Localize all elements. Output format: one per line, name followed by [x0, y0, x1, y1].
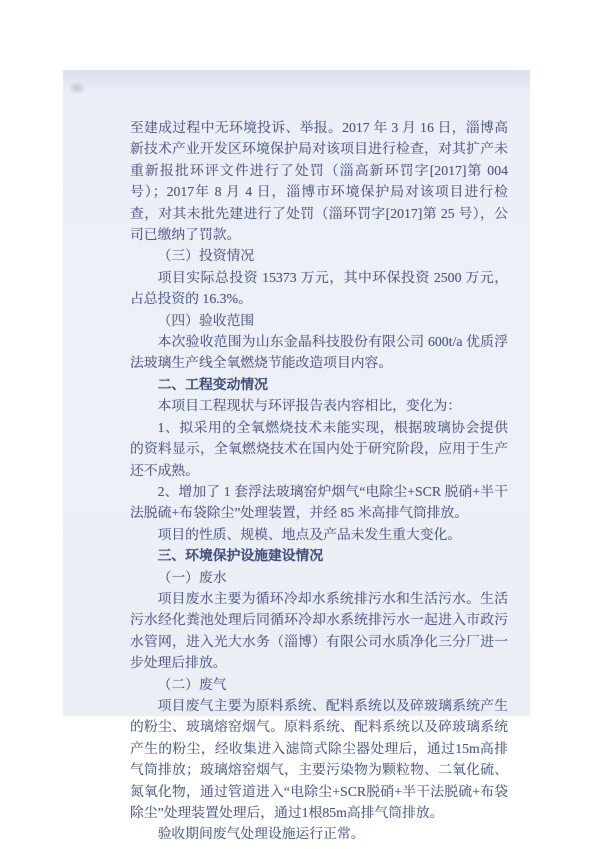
scan-shade-artifact — [63, 70, 530, 92]
paragraph: 项目废水主要为循环冷却水系统排污水和生活污水。生活污水经化粪池处理后同循环冷却水… — [130, 588, 508, 674]
scanned-page: 至建成过程中无环境投诉、举报。2017 年 3 月 16 日，淄博高新技术产业开… — [63, 70, 530, 716]
paragraph: （三）投资情况 — [130, 245, 508, 266]
document-text: 至建成过程中无环境投诉、举报。2017 年 3 月 16 日，淄博高新技术产业开… — [130, 117, 508, 845]
section-heading: 二、工程变动情况 — [130, 374, 508, 395]
scan-smudge-artifact — [69, 82, 85, 94]
paragraph: （四）验收范围 — [130, 310, 508, 331]
paragraph: 1、拟采用的全氧燃烧技术未能实现，根据玻璃协会提供的资料显示，全氧燃烧技术在国内… — [130, 417, 508, 481]
paragraph: 本项目工程现状与环评报告表内容相比，变化为： — [130, 395, 508, 416]
paragraph: 至建成过程中无环境投诉、举报。2017 年 3 月 16 日，淄博高新技术产业开… — [130, 117, 508, 245]
paragraph: 项目废气主要为原料系统、配料系统以及碎玻璃系统产生的粉尘、玻璃熔窑烟气。原料系统… — [130, 695, 508, 823]
paragraph: 2、增加了 1 套浮法玻璃窑炉烟气“电除尘+SCR 脱硝+半干法脱硫+布袋除尘”… — [130, 481, 508, 524]
section-heading: 三、环境保护设施建设情况 — [130, 545, 508, 566]
paragraph: 项目实际总投资 15373 万元，其中环保投资 2500 万元，占总投资的 16… — [130, 267, 508, 310]
paragraph: 验收期间废气处理设施运行正常。 — [130, 823, 508, 844]
document-canvas: 至建成过程中无环境投诉、举报。2017 年 3 月 16 日，淄博高新技术产业开… — [0, 0, 600, 849]
paragraph: 项目的性质、规模、地点及产品未发生重大变化。 — [130, 524, 508, 545]
paragraph: （一）废水 — [130, 567, 508, 588]
paragraph: 本次验收范围为山东金晶科技股份有限公司 600t/a 优质浮法玻璃生产线全氧燃烧… — [130, 331, 508, 374]
paragraph: （二）废气 — [130, 674, 508, 695]
